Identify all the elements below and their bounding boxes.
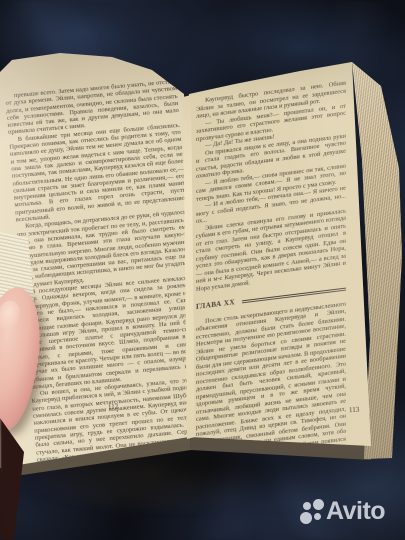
paragraph: — Да! Да! Ты же знаешь!: [196, 125, 346, 151]
left-page-text: превыше всего. Затем надо многое было уз…: [5, 78, 211, 486]
paragraph: Он прижался лицом к ее лицу, а она подня…: [196, 132, 346, 180]
right-page-text-top: Каупервуд быстро последовал за нею. Обня…: [196, 80, 346, 293]
paragraph: превыше всего. Затем надо многое было уз…: [5, 78, 180, 137]
paragraph: — Я люблю тебя,— снова произнес он так, …: [196, 162, 346, 203]
thumb-nail: [0, 298, 23, 333]
page-number-right: 113: [349, 406, 360, 415]
avito-watermark: Avito: [299, 497, 385, 527]
avito-wordmark: Avito: [326, 497, 385, 525]
chapter-heading: ГЛАВА XX: [196, 299, 235, 311]
paragraph: — И я люблю тебя,— отвечала она.— Я ниче…: [196, 185, 346, 226]
page-number-left: 112: [108, 403, 119, 412]
paragraph: В последующие месяцы Эйлин все сильнее в…: [22, 274, 202, 391]
photo-scene: превыше всего. Затем надо многое было уз…: [0, 0, 405, 540]
paragraph: Эйлин слегка откинула его голову и прижа…: [196, 207, 346, 293]
avito-logo-dots-icon: [299, 499, 326, 527]
chapter-heading-row: ГЛАВА XX: [196, 286, 346, 312]
paragraph: В ближайшие три месяца они еще больше сб…: [8, 122, 187, 224]
paragraph: Когда, прощаясь, он дотрагивался до ее р…: [16, 209, 193, 289]
paragraph: — Ты любишь меня?— прошептал он, и от за…: [196, 102, 346, 143]
chapter-rule: [242, 288, 346, 304]
